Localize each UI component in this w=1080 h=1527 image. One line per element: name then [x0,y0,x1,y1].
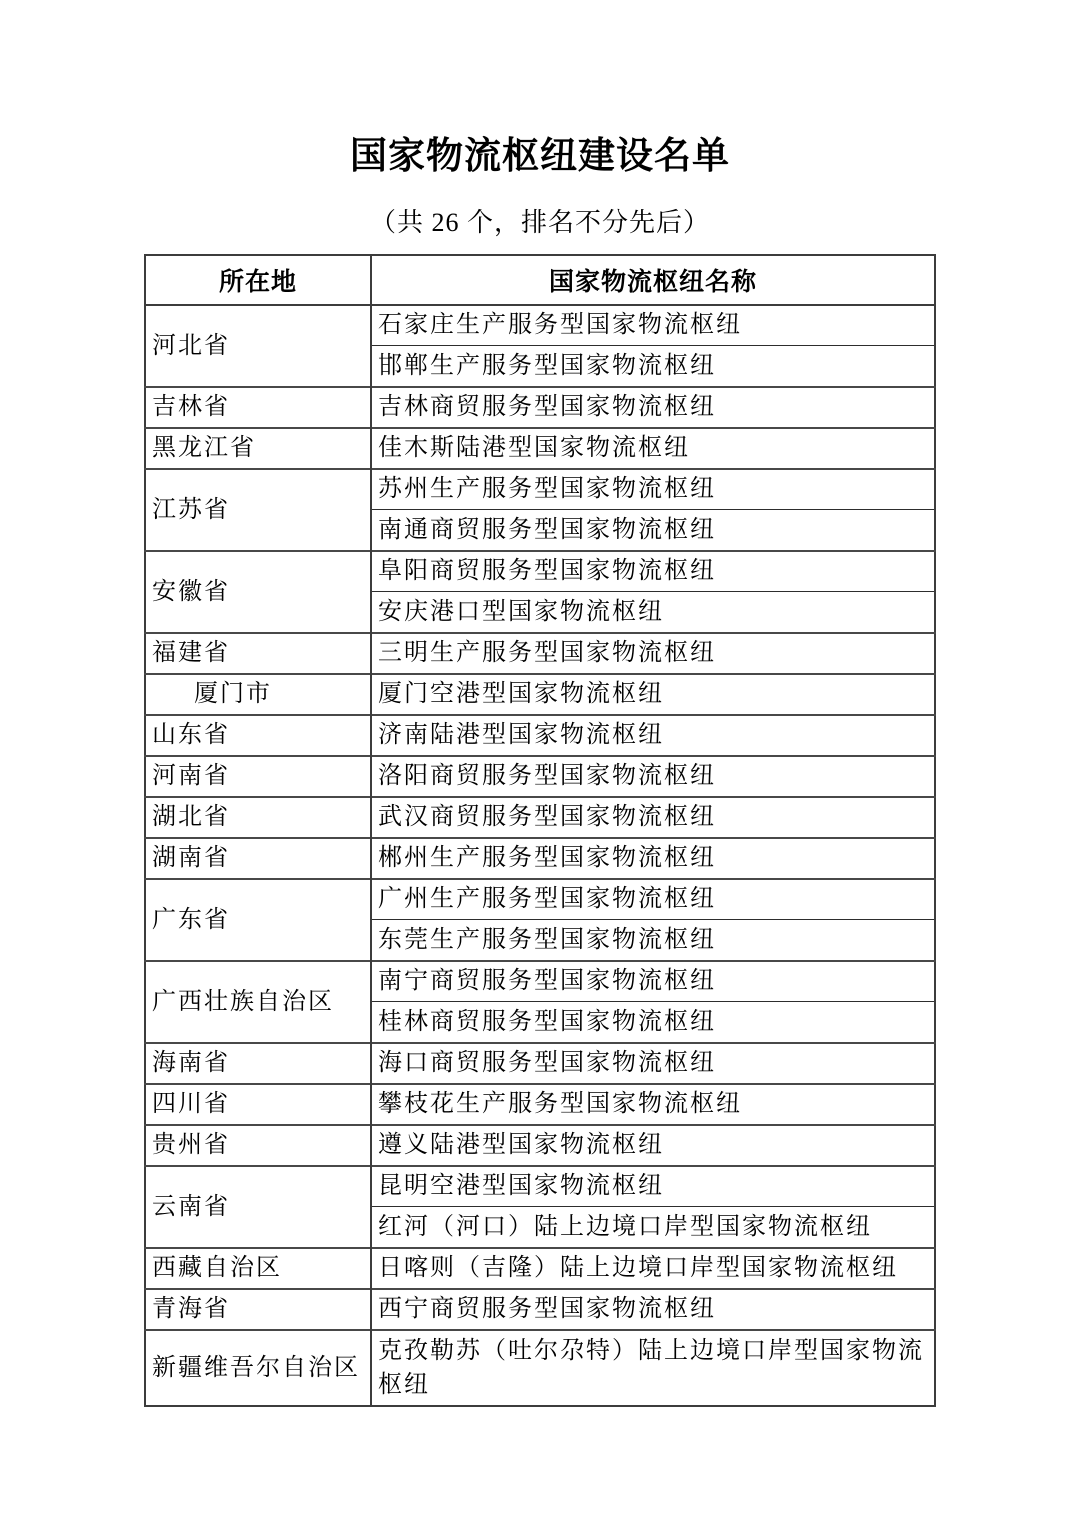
hub-cell: 佳木斯陆港型国家物流枢纽 [371,428,935,469]
table-row: 湖北省武汉商贸服务型国家物流枢纽 [145,797,935,838]
region-cell: 湖南省 [145,838,371,879]
document-title: 国家物流枢纽建设名单 [0,136,1080,179]
region-cell: 湖北省 [145,797,371,838]
table-row: 吉林省吉林商贸服务型国家物流枢纽 [145,387,935,428]
table-row: 黑龙江省佳木斯陆港型国家物流枢纽 [145,428,935,469]
hub-cell: 海口商贸服务型国家物流枢纽 [371,1043,935,1084]
hub-cell: 日喀则（吉隆）陆上边境口岸型国家物流枢纽 [371,1248,935,1289]
table-row: 安徽省阜阳商贸服务型国家物流枢纽 [145,551,935,592]
region-cell: 厦门市 [145,674,371,715]
region-cell: 广西壮族自治区 [145,961,371,1043]
hub-cell: 济南陆港型国家物流枢纽 [371,715,935,756]
region-cell: 青海省 [145,1289,371,1330]
table-row: 湖南省郴州生产服务型国家物流枢纽 [145,838,935,879]
table-header-row: 所在地 国家物流枢纽名称 [145,255,935,305]
hub-cell: 西宁商贸服务型国家物流枢纽 [371,1289,935,1330]
hub-cell: 郴州生产服务型国家物流枢纽 [371,838,935,879]
region-cell: 河南省 [145,756,371,797]
hub-cell: 吉林商贸服务型国家物流枢纽 [371,387,935,428]
hub-cell: 苏州生产服务型国家物流枢纽 [371,469,935,510]
hub-cell: 南宁商贸服务型国家物流枢纽 [371,961,935,1002]
hub-cell: 克孜勒苏（吐尔尕特）陆上边境口岸型国家物流枢纽 [371,1330,935,1406]
column-header-hub-name: 国家物流枢纽名称 [371,255,935,305]
hub-cell: 石家庄生产服务型国家物流枢纽 [371,305,935,346]
table-row: 河南省洛阳商贸服务型国家物流枢纽 [145,756,935,797]
region-cell: 广东省 [145,879,371,961]
table-row: 西藏自治区日喀则（吉隆）陆上边境口岸型国家物流枢纽 [145,1248,935,1289]
region-cell: 吉林省 [145,387,371,428]
table-row: 广东省广州生产服务型国家物流枢纽 [145,879,935,920]
hub-cell: 三明生产服务型国家物流枢纽 [371,633,935,674]
hub-cell: 昆明空港型国家物流枢纽 [371,1166,935,1207]
table-row: 福建省三明生产服务型国家物流枢纽 [145,633,935,674]
region-cell: 江苏省 [145,469,371,551]
hub-cell: 邯郸生产服务型国家物流枢纽 [371,346,935,387]
region-cell: 海南省 [145,1043,371,1084]
column-header-region: 所在地 [145,255,371,305]
document-subtitle: （共 26 个，排名不分先后） [0,202,1080,239]
table-row: 四川省攀枝花生产服务型国家物流枢纽 [145,1084,935,1125]
table-row: 江苏省苏州生产服务型国家物流枢纽 [145,469,935,510]
region-cell: 福建省 [145,633,371,674]
region-cell: 黑龙江省 [145,428,371,469]
hub-cell: 红河（河口）陆上边境口岸型国家物流枢纽 [371,1207,935,1248]
table-row: 贵州省遵义陆港型国家物流枢纽 [145,1125,935,1166]
region-cell: 西藏自治区 [145,1248,371,1289]
region-cell: 云南省 [145,1166,371,1248]
region-cell: 河北省 [145,305,371,387]
hub-cell: 攀枝花生产服务型国家物流枢纽 [371,1084,935,1125]
hub-cell: 遵义陆港型国家物流枢纽 [371,1125,935,1166]
hub-cell: 武汉商贸服务型国家物流枢纽 [371,797,935,838]
hub-cell: 南通商贸服务型国家物流枢纽 [371,510,935,551]
hub-cell: 厦门空港型国家物流枢纽 [371,674,935,715]
hub-cell: 广州生产服务型国家物流枢纽 [371,879,935,920]
region-cell: 新疆维吾尔自治区 [145,1330,371,1406]
hubs-table: 所在地 国家物流枢纽名称 河北省石家庄生产服务型国家物流枢纽邯郸生产服务型国家物… [144,254,936,1407]
region-cell: 山东省 [145,715,371,756]
hub-cell: 阜阳商贸服务型国家物流枢纽 [371,551,935,592]
table-row: 河北省石家庄生产服务型国家物流枢纽 [145,305,935,346]
document-page: 国家物流枢纽建设名单 （共 26 个，排名不分先后） 所在地 国家物流枢纽名称 … [0,0,1080,1527]
table-row: 山东省济南陆港型国家物流枢纽 [145,715,935,756]
table-row: 新疆维吾尔自治区克孜勒苏（吐尔尕特）陆上边境口岸型国家物流枢纽 [145,1330,935,1406]
table-row: 青海省西宁商贸服务型国家物流枢纽 [145,1289,935,1330]
region-cell: 贵州省 [145,1125,371,1166]
table-row: 厦门市厦门空港型国家物流枢纽 [145,674,935,715]
hub-cell: 安庆港口型国家物流枢纽 [371,592,935,633]
hub-cell: 东莞生产服务型国家物流枢纽 [371,920,935,961]
table-row: 广西壮族自治区南宁商贸服务型国家物流枢纽 [145,961,935,1002]
table-row: 海南省海口商贸服务型国家物流枢纽 [145,1043,935,1084]
region-cell: 四川省 [145,1084,371,1125]
region-cell: 安徽省 [145,551,371,633]
hub-cell: 桂林商贸服务型国家物流枢纽 [371,1002,935,1043]
hub-cell: 洛阳商贸服务型国家物流枢纽 [371,756,935,797]
table-row: 云南省昆明空港型国家物流枢纽 [145,1166,935,1207]
